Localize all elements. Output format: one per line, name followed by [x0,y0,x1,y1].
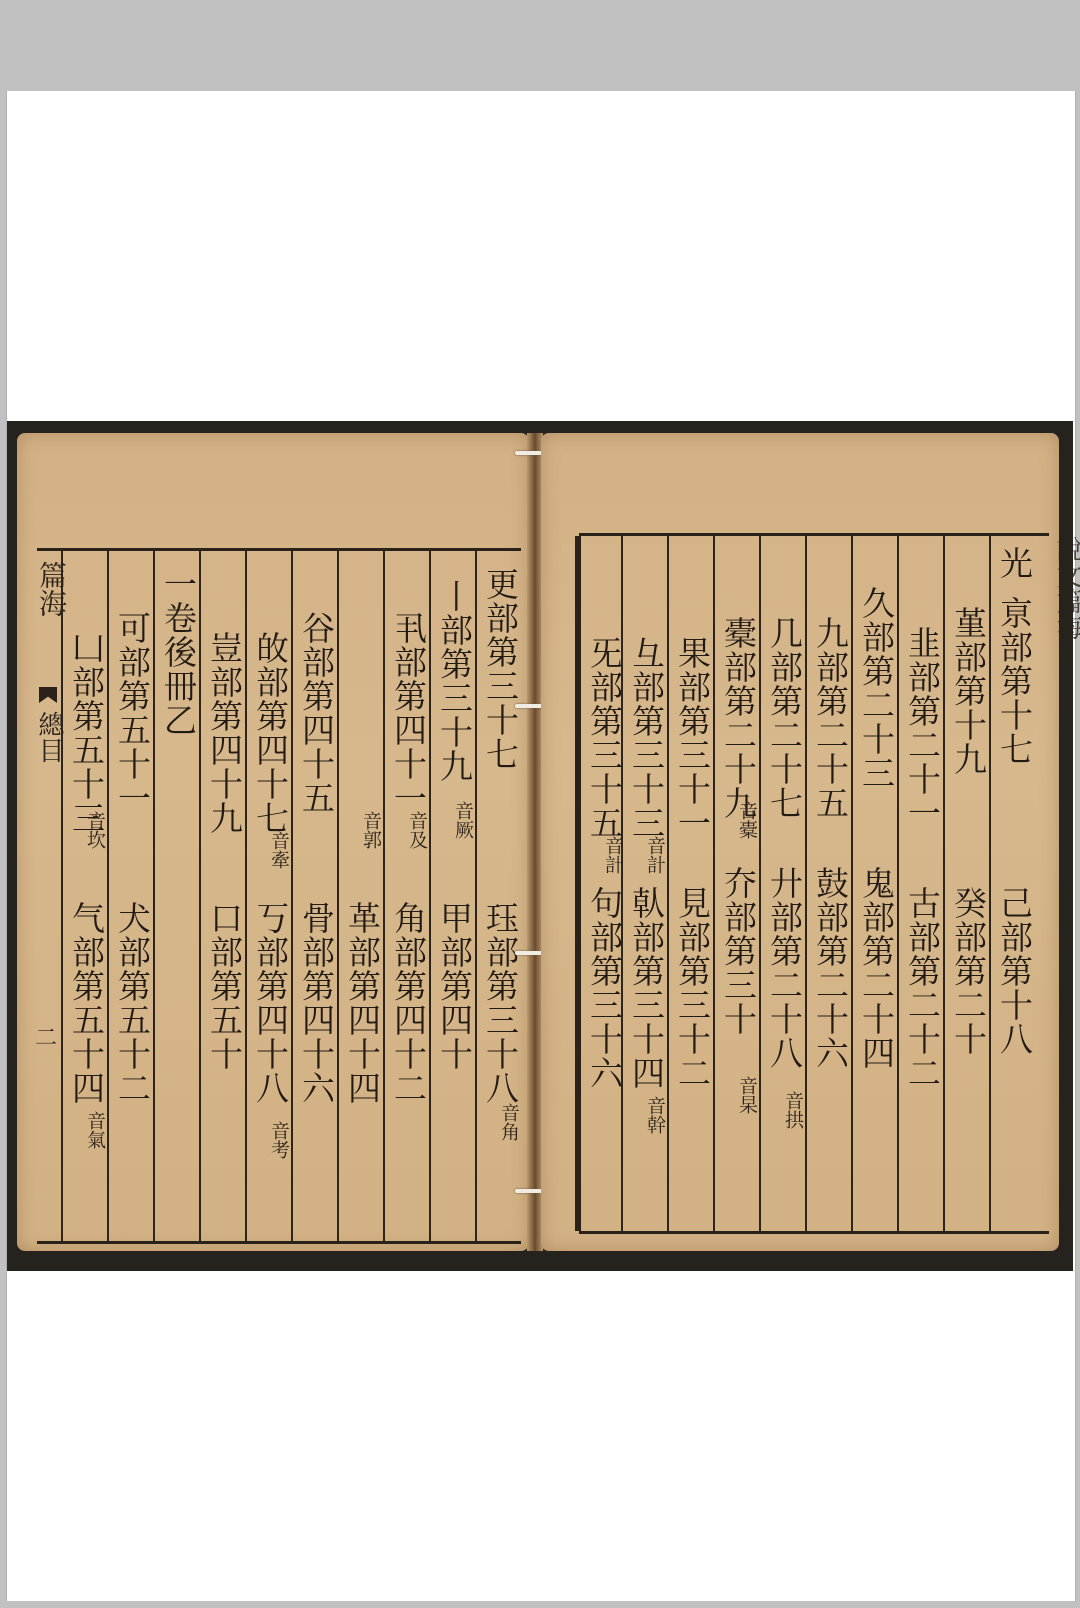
entry: 豈部第四十九 [206,631,242,835]
pronunciation-note: 音坎 [85,811,105,849]
entry: 谷部第四十五 [298,611,334,815]
entry: 犬部第五十二 [114,901,150,1105]
column: 彑部第三十三 倝部第三十四 音計 音幹 [621,536,669,1231]
entry: 久部第二十三 [858,586,894,790]
column: 旡部第三十五 句部第三十六 音計 [575,536,627,1231]
column: 光 亰部第十七 己部第十八 [989,536,1037,1231]
entry: 更部第三十七 [482,567,518,771]
entry: 倝部第三十四 [628,886,664,1090]
column: 久部第二十三 鬼部第二十四 [851,536,899,1231]
entry: 骨部第四十六 [298,901,334,1105]
pronunciation-note: 音郭 [361,811,381,849]
right-page: 光 亰部第十七 己部第十八 堇部第十九 癸部第二十 韭部第二十一 古部第二十二 … [541,433,1059,1251]
column: 一卷後冊乙 [153,551,201,1241]
page-number: 二 [35,1021,57,1052]
column: 几部第二十七 廾部第二十八 音拱 [759,536,807,1231]
column: 敀部第四十七 丂部第四十八 音牽 音考 [245,551,293,1241]
pronunciation-note: 音考 [269,1121,289,1159]
pronunciation-note: 音厥 [453,801,473,839]
column: 韭部第二十一 古部第二十二 [897,536,945,1231]
column: 丮部第四十一 角部第四十二 音及 [383,551,431,1241]
entry: 口部第五十 [206,901,242,1071]
pronunciation-note: 音拱 [783,1091,803,1129]
entry: 韭部第二十一 [904,626,940,830]
entry: 𩫖部第四十三 [344,611,380,815]
pronunciation-note: 音角 [499,1103,519,1141]
entry: 句部第三十六 [586,886,622,1090]
entry: 甲部第四十 [436,901,472,1071]
left-page-grid: 更部第三十七 珏部第三十八 音角 丨部第三十九 甲部第四十 音厥 丮部第四十一 … [37,548,521,1244]
entry: 九部第二十五 [812,616,848,820]
column: 谷部第四十五 骨部第四十六 [291,551,339,1241]
entry: 果部第三十一 [674,636,710,840]
entry: 見部第三十二 [674,886,710,1090]
column: 可部第五十一 犬部第五十二 [107,551,155,1241]
entry: 旡部第三十五 [586,636,622,840]
column: 更部第三十七 珏部第三十八 音角 [475,551,523,1241]
pronunciation-note: 音橐 [737,801,757,839]
entry: 珏部第三十八 [482,901,518,1105]
margin-section: 總目 [31,711,68,763]
pronunciation-note: 音牽 [269,831,289,869]
column: 𩫖部第四十三 革部第四十四 音郭 [337,551,385,1241]
entry: 癸部第二十 [950,886,986,1056]
column: 凵部第五十三 气部第五十四 音坎 音氣 [61,551,109,1241]
entry: 可部第五十一 [114,611,150,815]
entry: 丮部第四十一 [390,611,426,815]
column: 丨部第三十九 甲部第四十 音厥 [429,551,477,1241]
left-page: 更部第三十七 珏部第三十八 音角 丨部第三十九 甲部第四十 音厥 丮部第四十一 … [17,433,529,1251]
entry: 鼓部第二十六 [812,866,848,1070]
pronunciation-note: 音氣 [85,1111,105,1149]
margin-title: 說文篇海 [1049,536,1080,640]
entry: 夰部第三十 [720,866,756,1036]
pronunciation-note: 音計 [603,836,623,874]
entry: 丨部第三十九 [436,579,472,783]
column: 堇部第十九 癸部第二十 [943,536,991,1231]
fish-tail-mark [39,687,57,703]
entry: 敀部第四十七 [252,631,288,835]
book-scan: 更部第三十七 珏部第三十八 音角 丨部第三十九 甲部第四十 音厥 丮部第四十一 … [7,421,1073,1271]
entry: 己部第十八 [996,886,1032,1056]
entry: 彑部第三十三 [628,636,664,840]
entry: 气部第五十四 [68,901,104,1105]
entry: 几部第二十七 [766,616,802,820]
pronunciation-note: 音杲 [737,1076,757,1114]
margin-title: 篇海 [31,561,71,617]
right-page-grid: 光 亰部第十七 己部第十八 堇部第十九 癸部第二十 韭部第二十一 古部第二十二 … [579,533,1049,1234]
entry: 凵部第五十三 [68,631,104,835]
pronunciation-note: 音計 [645,836,665,874]
column: 豈部第四十九 口部第五十 [199,551,247,1241]
column: 橐部第二十九 夰部第三十 音橐 音杲 [713,536,761,1231]
entry: 丂部第四十八 [252,901,288,1105]
pronunciation-note: 音及 [407,811,427,849]
entry: 廾部第二十八 [766,866,802,1070]
column: 果部第三十一 見部第三十二 [667,536,715,1231]
entry: 革部第四十四 [344,901,380,1105]
volume-heading: 一卷後冊乙 [160,567,196,737]
pronunciation-note: 音幹 [645,1096,665,1134]
column-top-mark: 光 [996,546,1032,580]
entry: 古部第二十二 [904,886,940,1090]
entry: 橐部第二十九 [720,616,756,820]
entry: 亰部第十七 [996,596,1032,766]
entry: 堇部第十九 [950,606,986,776]
entry: 角部第四十二 [390,901,426,1105]
column: 九部第二十五 鼓部第二十六 [805,536,853,1231]
entry: 鬼部第二十四 [858,866,894,1070]
